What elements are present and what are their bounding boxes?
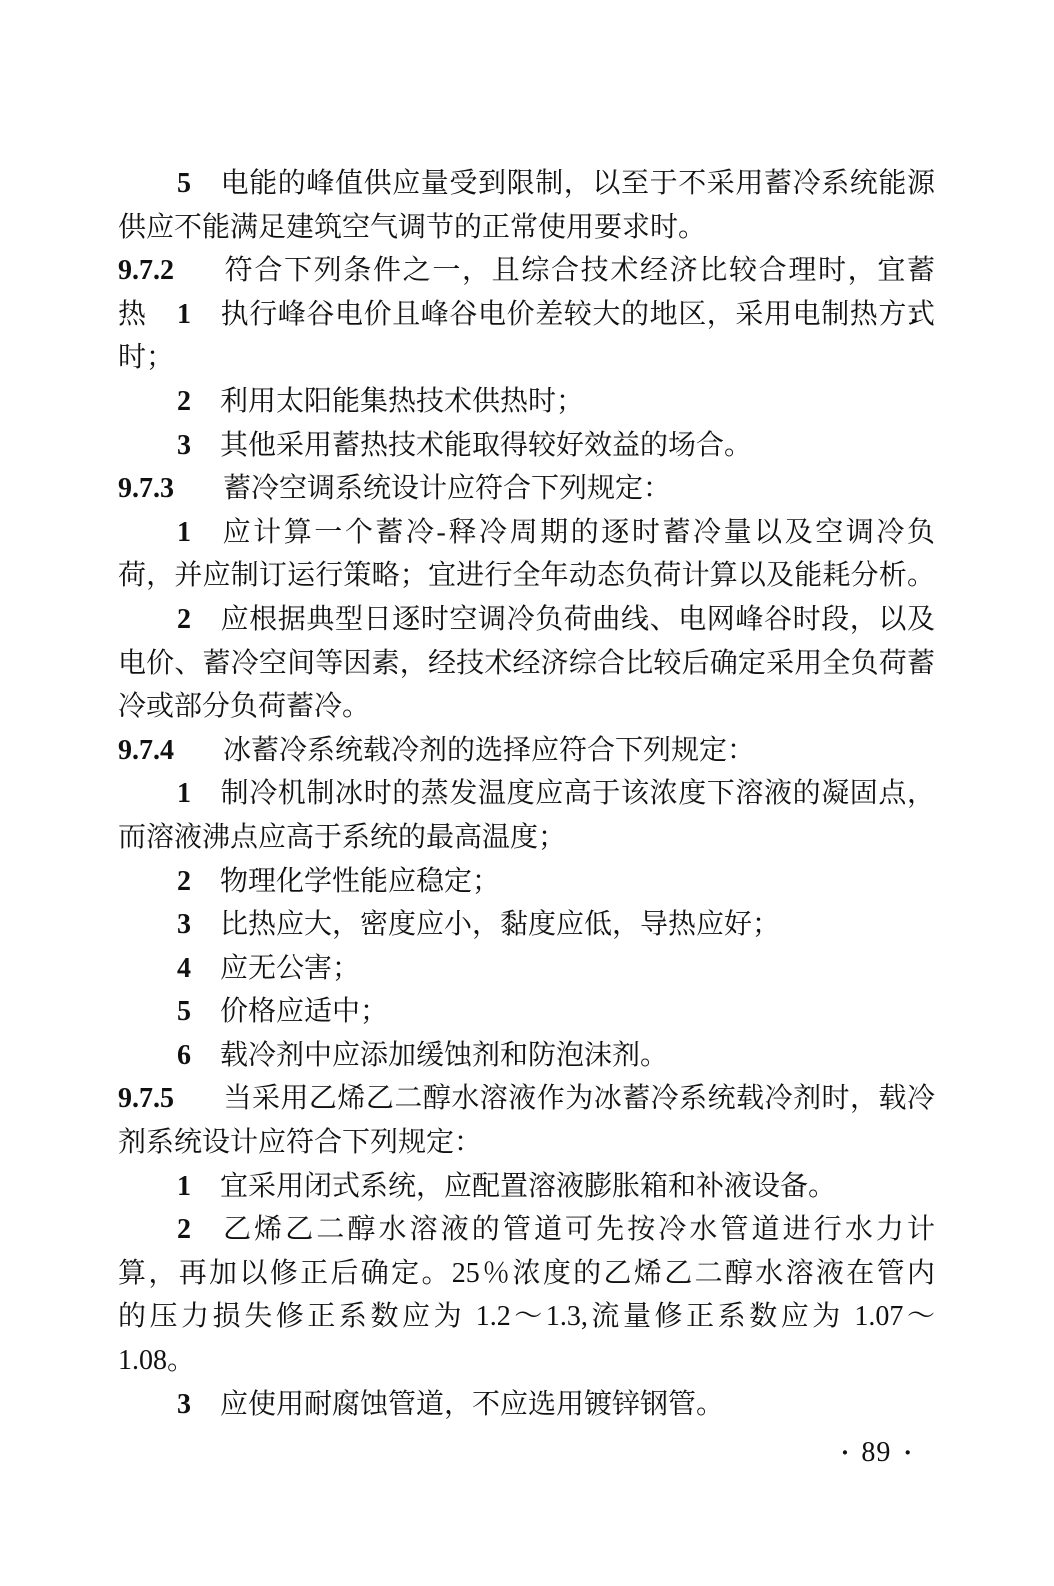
text-line: 时； [118,336,935,380]
item-number: 9.7.5 [118,1077,190,1121]
line-text: 电能的峰值供应量受到限制，以至于不采用蓄冷系统能源 [220,168,935,199]
line-text: 应根据典型日逐时空调冷负荷曲线、电网峰谷时段，以及 [220,604,935,635]
text-line: 供应不能满足建筑空气调节的正常使用要求时。 [118,206,935,250]
text-line: 剂系统设计应符合下列规定： [118,1121,935,1165]
line-text: 算，再加以修正后确定。25％浓度的乙烯乙二醇水溶液在管内 [118,1258,935,1289]
item-number: 2 [177,380,191,424]
line-text: 冷或部分负荷蓄冷。 [118,691,370,722]
line-text: 电价、蓄冷空间等因素，经技术经济综合比较后确定采用全负荷蓄 [118,648,935,679]
text-line: 3比热应大，密度应小，黏度应低，导热应好； [118,903,935,947]
text-line: 冷或部分负荷蓄冷。 [118,685,935,729]
footer-left-dot: · [841,1438,850,1467]
line-text: 利用太阳能集热技术供热时； [220,386,584,417]
text-line: 2应根据典型日逐时空调冷负荷曲线、电网峰谷时段，以及 [118,598,935,642]
text-line: 算，再加以修正后确定。25％浓度的乙烯乙二醇水溶液在管内 [118,1252,935,1296]
text-line: 1宜采用闭式系统，应配置溶液膨胀箱和补液设备。 [118,1165,935,1209]
item-number: 5 [177,162,191,206]
line-text: 载冷剂中应添加缓蚀剂和防泡沫剂。 [220,1040,668,1071]
line-text: 价格应适中； [220,996,388,1027]
text-line: 5电能的峰值供应量受到限制，以至于不采用蓄冷系统能源 [118,162,935,206]
footer-right-dot: · [903,1438,912,1467]
line-text: 应无公害； [220,953,360,984]
line-text: 剂系统设计应符合下列规定： [118,1127,482,1158]
line-text: 比热应大，密度应小，黏度应低，导热应好； [220,909,780,940]
line-text: 荷，并应制订运行策略；宜进行全年动态负荷计算以及能耗分析。 [118,560,935,591]
page-footer: ·89· [841,1438,912,1468]
line-text: 的压力损失修正系数应为 1.2～1.3,流量修正系数应为 1.07～ [118,1301,935,1332]
item-number: 3 [177,424,191,468]
item-number: 6 [177,1034,191,1078]
line-text: 冰蓄冷系统载冷剂的选择应符合下列规定： [223,735,755,766]
text-line: 2利用太阳能集热技术供热时； [118,380,935,424]
line-text: 蓄冷空调系统设计应符合下列规定： [223,473,671,504]
line-text: 物理化学性能应稳定； [220,866,500,897]
line-text: 供应不能满足建筑空气调节的正常使用要求时。 [118,212,706,243]
text-line: 3其他采用蓄热技术能取得较好效益的场合。 [118,424,935,468]
item-number: 4 [177,947,191,991]
text-line: 1.08。 [118,1339,935,1383]
line-text: 乙烯乙二醇水溶液的管道可先按冷水管道进行水力计 [220,1214,935,1245]
item-number: 9.7.2 [118,249,190,293]
line-text: 1.08。 [118,1345,195,1376]
text-line: 9.7.4冰蓄冷系统载冷剂的选择应符合下列规定： [118,729,935,773]
text-line: 1制冷机制冰时的蒸发温度应高于该浓度下溶液的凝固点， [118,772,935,816]
text-line: 6载冷剂中应添加缓蚀剂和防泡沫剂。 [118,1034,935,1078]
line-text: 当采用乙烯乙二醇水溶液作为冰蓄冷系统载冷剂时，载冷 [223,1083,935,1114]
item-number: 9.7.4 [118,729,190,773]
text-line: 1执行峰谷电价且峰谷电价差较大的地区，采用电制热方式 [118,293,935,337]
item-number: 1 [177,1165,191,1209]
text-line: 电价、蓄冷空间等因素，经技术经济综合比较后确定采用全负荷蓄 [118,642,935,686]
item-number: 2 [177,598,191,642]
text-line: 的压力损失修正系数应为 1.2～1.3,流量修正系数应为 1.07～ [118,1295,935,1339]
page-number: 89 [861,1437,891,1468]
item-number: 3 [177,1383,191,1427]
line-text: 应计算一个蓄冷-释冷周期的逐时蓄冷量以及空调冷负 [220,517,935,548]
item-number: 3 [177,903,191,947]
text-line: 9.7.5当采用乙烯乙二醇水溶液作为冰蓄冷系统载冷剂时，载冷 [118,1077,935,1121]
text-line: 而溶液沸点应高于系统的最高温度； [118,816,935,860]
document-body: 5电能的峰值供应量受到限制，以至于不采用蓄冷系统能源供应不能满足建筑空气调节的正… [118,162,935,1426]
line-text: 而溶液沸点应高于系统的最高温度； [118,822,566,853]
text-line: 2乙烯乙二醇水溶液的管道可先按冷水管道进行水力计 [118,1208,935,1252]
item-number: 5 [177,990,191,1034]
text-line: 1应计算一个蓄冷-释冷周期的逐时蓄冷量以及空调冷负 [118,511,935,555]
text-line: 9.7.2符合下列条件之一，且综合技术经济比较合理时，宜蓄热： [118,249,935,293]
text-line: 5价格应适中； [118,990,935,1034]
item-number: 9.7.3 [118,467,190,511]
item-number: 2 [177,860,191,904]
text-line: 2物理化学性能应稳定； [118,860,935,904]
text-line: 3应使用耐腐蚀管道，不应选用镀锌钢管。 [118,1383,935,1427]
item-number: 2 [177,1208,191,1252]
item-number: 1 [177,293,191,337]
line-text: 其他采用蓄热技术能取得较好效益的场合。 [220,430,752,461]
line-text: 制冷机制冰时的蒸发温度应高于该浓度下溶液的凝固点， [220,778,935,809]
line-text: 应使用耐腐蚀管道，不应选用镀锌钢管。 [220,1389,724,1420]
text-line: 9.7.3蓄冷空调系统设计应符合下列规定： [118,467,935,511]
text-line: 荷，并应制订运行策略；宜进行全年动态负荷计算以及能耗分析。 [118,554,935,598]
item-number: 1 [177,772,191,816]
line-text: 宜采用闭式系统，应配置溶液膨胀箱和补液设备。 [220,1171,836,1202]
item-number: 1 [177,511,191,555]
text-line: 4应无公害； [118,947,935,991]
line-text: 执行峰谷电价且峰谷电价差较大的地区，采用电制热方式 [220,299,935,330]
line-text: 时； [118,342,174,373]
